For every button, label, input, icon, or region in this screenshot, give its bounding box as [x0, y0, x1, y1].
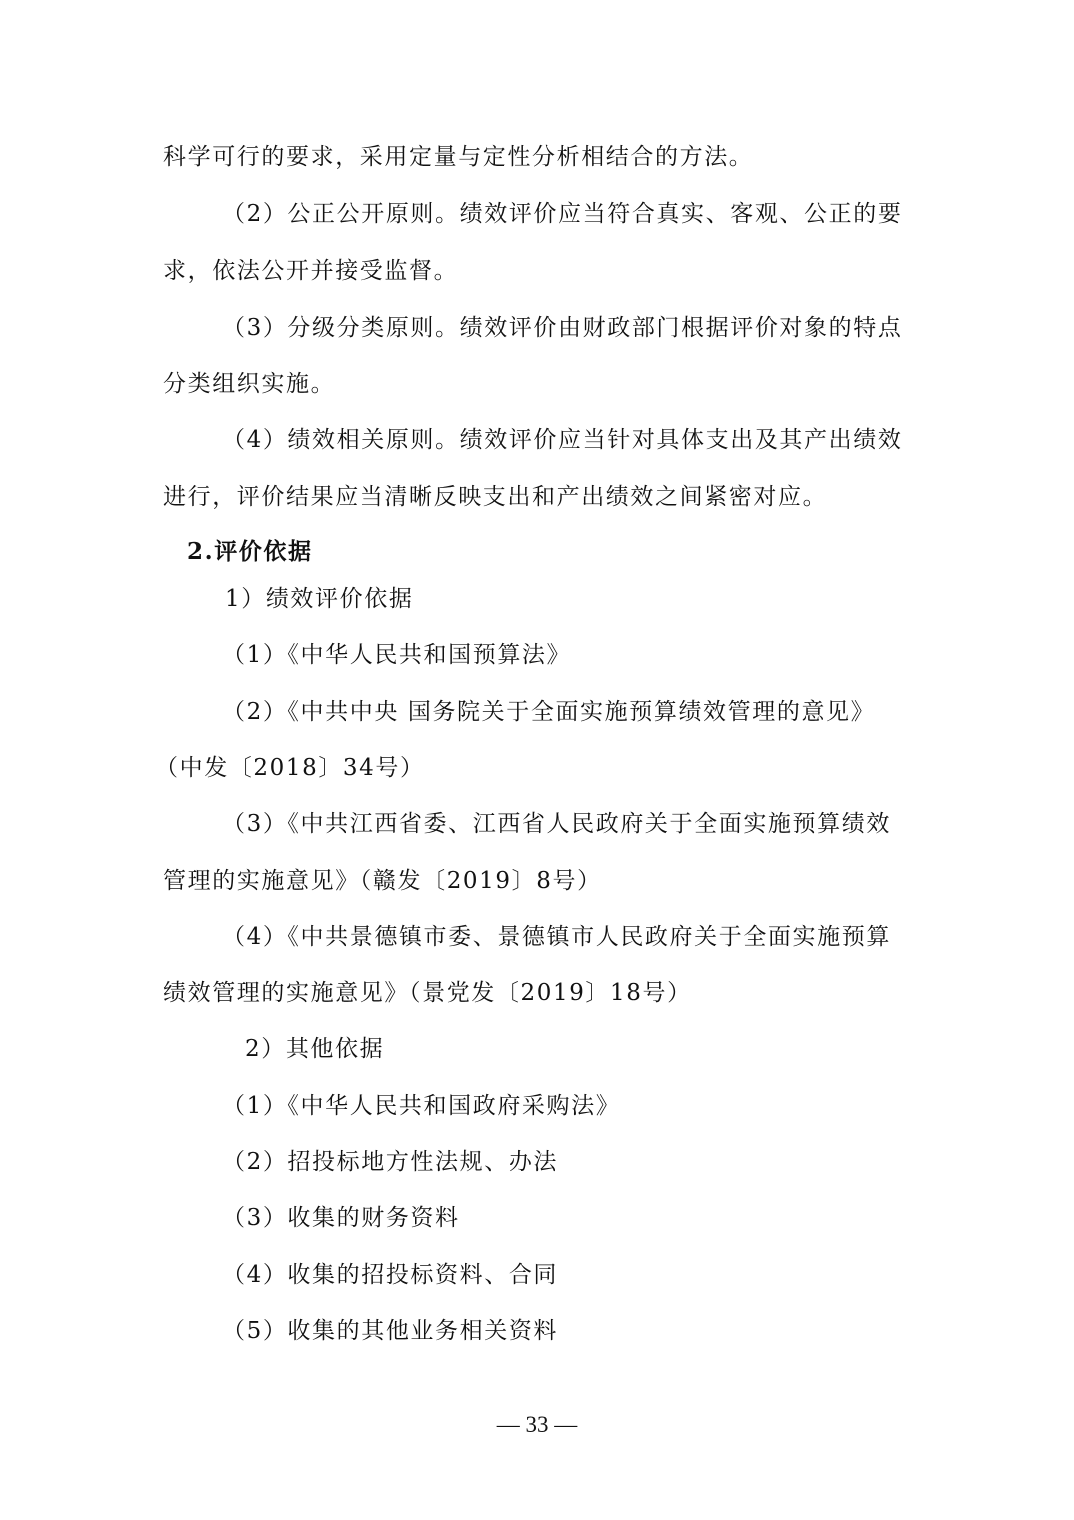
- text-line: 1）绩效评价依据: [225, 584, 413, 614]
- text-line: （3）《中共江西省委、江西省人民政府关于全面实施预算绩效: [222, 809, 891, 839]
- text-line: 进行，评价结果应当清晰反映支出和产出绩效之间紧密对应。: [163, 482, 827, 512]
- section-heading: 2.评价依据: [187, 537, 313, 567]
- text-line: （3）收集的财务资料: [222, 1203, 460, 1233]
- text-line: 绩效管理的实施意见》（景党发〔2019〕18号）: [163, 978, 692, 1008]
- text-line: （5）收集的其他业务相关资料: [222, 1316, 558, 1346]
- text-line: 科学可行的要求，采用定量与定性分析相结合的方法。: [163, 142, 753, 172]
- text-line: 分类组织实施。: [163, 369, 335, 399]
- text-line: （1）《中华人民共和国预算法》: [222, 640, 571, 670]
- text-line: （4）绩效相关原则。绩效评价应当针对具体支出及其产出绩效: [222, 425, 902, 455]
- text-line: （2）招投标地方性法规、办法: [222, 1147, 558, 1177]
- text-line: （4）《中共景德镇市委、景德镇市人民政府关于全面实施预算: [222, 922, 891, 952]
- text-line: （1）《中华人民共和国政府采购法》: [222, 1091, 620, 1121]
- text-line: 2）其他依据: [245, 1034, 384, 1064]
- text-line: 求，依法公开并接受监督。: [163, 256, 458, 286]
- text-line: （2）《中共中央 国务院关于全面实施预算绩效管理的意见》: [222, 697, 875, 727]
- text-line: 管理的实施意见》（赣发〔2019〕8号）: [163, 866, 602, 896]
- text-line: （2）公正公开原则。绩效评价应当符合真实、客观、公正的要: [222, 199, 902, 229]
- text-line: （中发〔2018〕34号）: [155, 753, 425, 783]
- text-line: （4）收集的招投标资料、合同: [222, 1260, 558, 1290]
- text-line: （3）分级分类原则。绩效评价由财政部门根据评价对象的特点: [222, 313, 902, 343]
- page-number: — 33 —: [0, 1412, 1074, 1438]
